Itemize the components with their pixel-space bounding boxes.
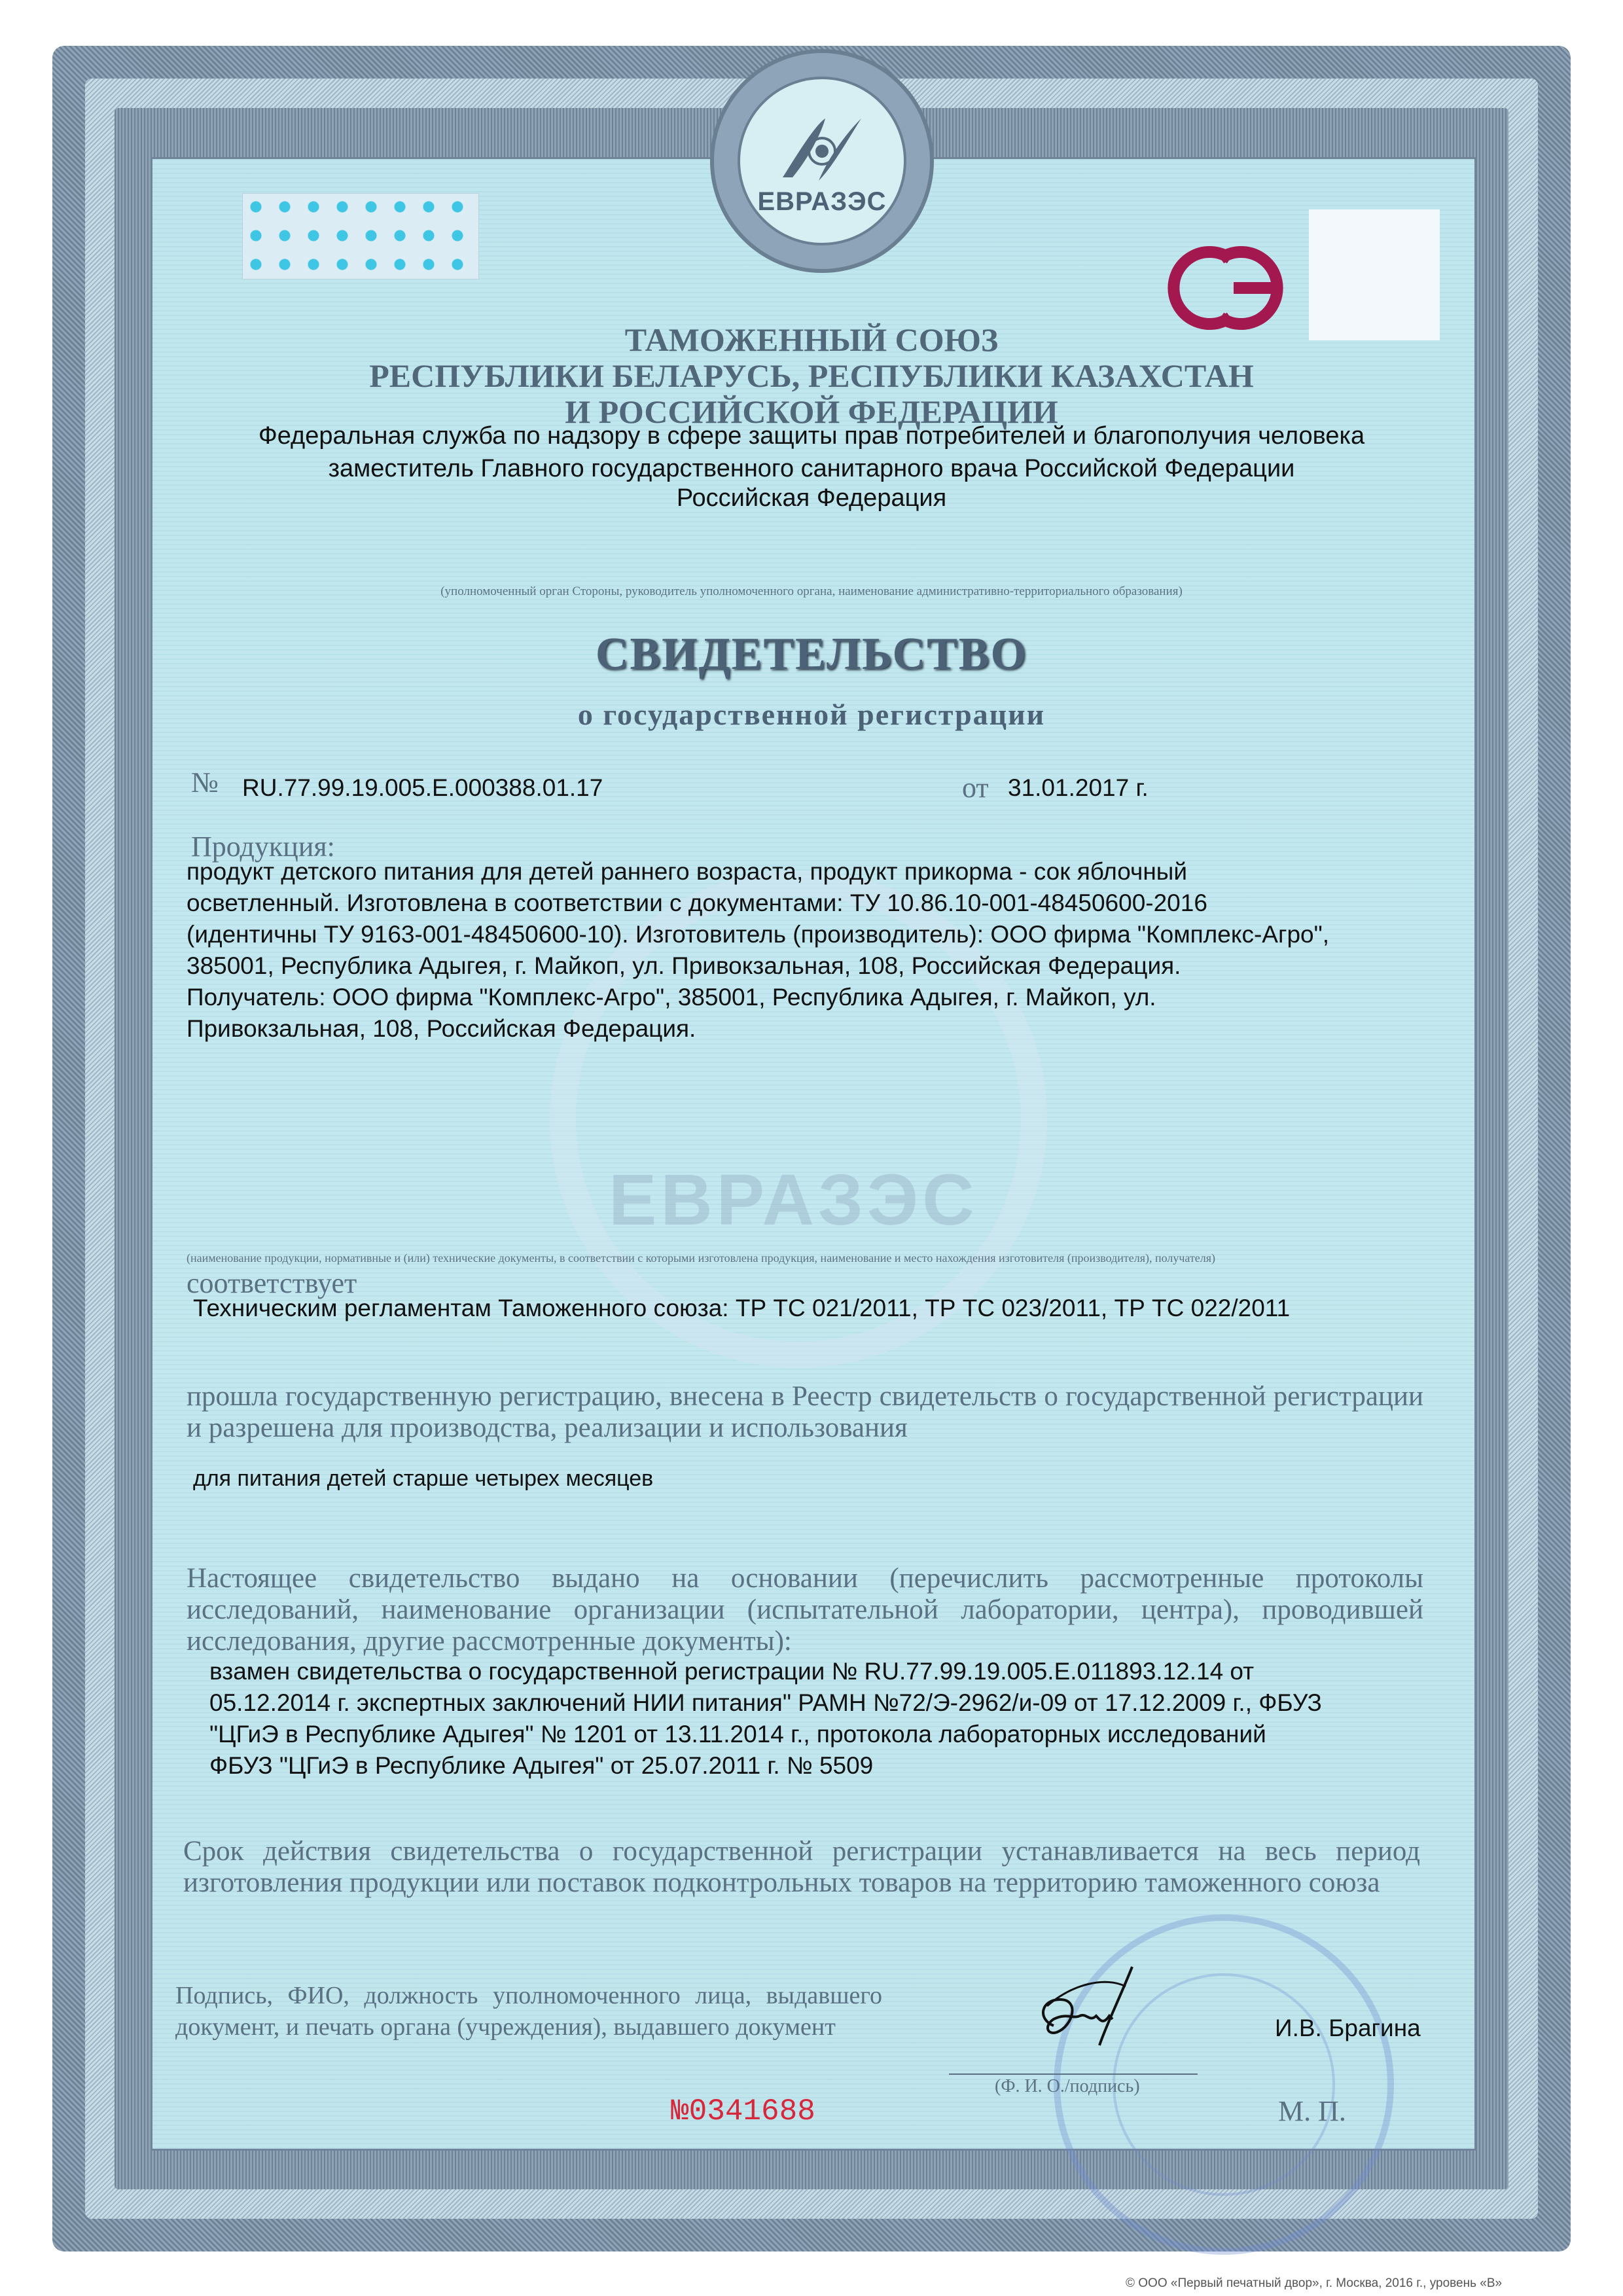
basis-line: ФБУЗ "ЦГиЭ в Республике Адыгея" от 25.07…: [209, 1750, 1322, 1782]
signatory-name: И.В. Брагина: [1275, 2013, 1421, 2044]
form-serial-number: №0341688: [671, 2094, 815, 2128]
signature-label: Подпись, ФИО, должность уполномоченного …: [175, 1980, 882, 2043]
usage-value: для питания детей старше четырех месяцев: [193, 1463, 653, 1494]
emblem-label: ЕВРАЗЭС: [757, 187, 886, 217]
handwritten-signature-icon: [1034, 1954, 1158, 2058]
number-label: №: [191, 766, 219, 799]
seal-place-label: М. П.: [1278, 2094, 1346, 2128]
validity-statement: Срок действия свидетельства о государств…: [183, 1836, 1420, 1899]
product-line: продукт детского питания для детей ранне…: [187, 856, 1329, 888]
product-line: Получатель: ООО фирма "Комплекс-Агро", 3…: [187, 982, 1329, 1013]
date-label: от: [962, 771, 989, 804]
basis-line: 05.12.2014 г. экспертных заключений НИИ …: [209, 1687, 1322, 1719]
product-line: (идентичны ТУ 9163-001-48450600-10). Изг…: [187, 919, 1329, 950]
authority-line-2: заместитель Главного государственного са…: [0, 455, 1623, 483]
registration-date: 31.01.2017 г.: [1008, 772, 1149, 804]
signature-caption: (Ф. И. О./подпись): [995, 2076, 1140, 2097]
authority-caption: (уполномоченный орган Стороны, руководит…: [0, 584, 1623, 599]
product-line: Привокзальная, 108, Российская Федерация…: [187, 1013, 1329, 1045]
registration-number: RU.77.99.19.005.Е.000388.01.17: [242, 772, 603, 804]
signature-line: [949, 2073, 1198, 2075]
basis-statement: Настоящее свидетельство выдано на основа…: [187, 1563, 1423, 1657]
basis-documents: взамен свидетельства о государственной р…: [209, 1656, 1322, 1782]
watermark-label: ЕВРАЗЭС: [609, 1158, 978, 1242]
authority-line-3: Российская Федерация: [0, 484, 1623, 512]
document-subtitle: о государственной регистрации: [0, 697, 1623, 732]
printer-copyright: © ООО «Первый печатный двор», г. Москва,…: [1126, 2276, 1502, 2291]
header-line-1: ТАМОЖЕННЫЙ СОЮЗ: [0, 321, 1623, 359]
product-line: 385001, Республика Адыгея, г. Майкоп, ул…: [187, 950, 1329, 982]
header-line-2: РЕСПУБЛИКИ БЕЛАРУСЬ, РЕСПУБЛИКИ КАЗАХСТА…: [0, 357, 1623, 395]
swoosh-globe-icon: [779, 112, 865, 184]
product-description: продукт детского питания для детей ранне…: [187, 856, 1329, 1045]
evrazes-emblem-icon: ЕВРАЗЭС: [710, 49, 934, 273]
basis-line: "ЦГиЭ в Республике Адыгея" № 1201 от 13.…: [209, 1719, 1322, 1750]
hologram-icon: [242, 193, 479, 279]
product-line: осветленный. Изготовлена в соответствии …: [187, 888, 1329, 919]
product-caption: (наименование продукции, нормативные и (…: [187, 1251, 1215, 1265]
basis-line: взамен свидетельства о государственной р…: [209, 1656, 1322, 1687]
registration-statement: прошла государственную регистрацию, внес…: [187, 1381, 1423, 1444]
conformity-value: Техническим регламентам Таможенного союз…: [193, 1293, 1290, 1324]
authority-line-1: Федеральная служба по надзору в сфере за…: [0, 422, 1623, 450]
document-title: СВИДЕТЕЛЬСТВО: [0, 628, 1623, 681]
